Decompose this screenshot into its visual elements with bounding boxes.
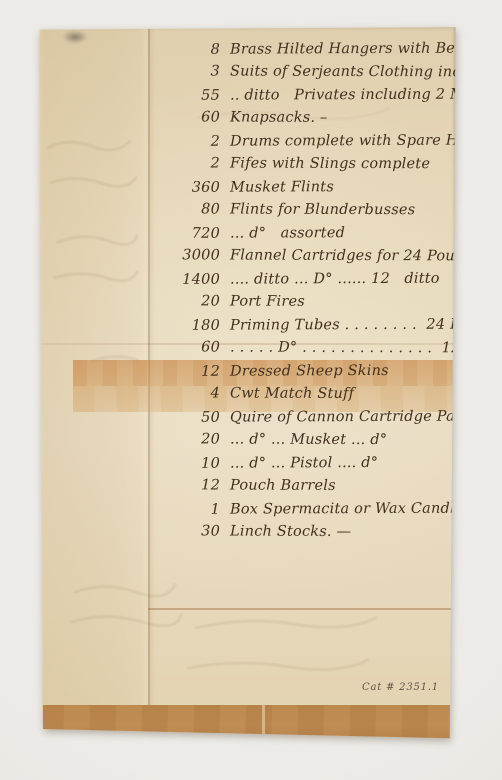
- ink-smudge-top-left: [58, 28, 92, 46]
- manuscript-line: 30Linch Stocks. —: [160, 523, 502, 547]
- manuscript-line: 80Flints for Blunderbusses: [160, 201, 502, 225]
- line-quantity: 1400: [160, 272, 230, 288]
- line-text: Priming Tubes . . . . . . . . 24 Pound: [230, 316, 497, 333]
- line-text: Knapsacks. –: [230, 110, 327, 126]
- line-text: ... d° ... Pistol .... d°: [230, 455, 378, 472]
- manuscript-line: 180Priming Tubes . . . . . . . . 24 Poun…: [160, 316, 502, 341]
- line-quantity: 20: [160, 293, 230, 309]
- manuscript-line: 20Port Fires: [160, 293, 502, 317]
- line-text: ... d° assorted: [230, 225, 345, 242]
- line-quantity: 2: [160, 155, 230, 171]
- line-text: Quire of Cannon Cartridge Paper: [230, 409, 480, 426]
- tape-stain-bottom: [38, 705, 456, 739]
- line-quantity: 8: [160, 42, 230, 58]
- line-text: Linch Stocks. —: [230, 524, 351, 540]
- manuscript-paper: 8Brass Hilted Hangers with Belts for Ser…: [38, 26, 456, 739]
- manuscript-line: 3Suits of Serjeants Clothing including B…: [160, 63, 502, 87]
- line-quantity: 2: [160, 134, 230, 150]
- manuscript-line: 55.. ditto Privates including 2 Musician…: [160, 86, 502, 111]
- manuscript-line: 8Brass Hilted Hangers with Belts for Ser…: [160, 40, 502, 65]
- manuscript-line: 3000Flannel Cartridges for 24 Pound: [160, 247, 502, 271]
- line-quantity: 80: [160, 201, 230, 217]
- horizontal-crease-lower: [148, 608, 456, 610]
- manuscript-line: 12Pouch Barrels: [160, 477, 502, 501]
- manuscript-line: 10... d° ... Pistol .... d°: [160, 454, 502, 479]
- line-text: Pouch Barrels: [230, 478, 336, 494]
- line-quantity: 4: [160, 385, 230, 401]
- line-quantity: 20: [160, 431, 230, 447]
- line-quantity: 60: [160, 109, 230, 125]
- line-text: Port Fires: [230, 294, 305, 310]
- line-text: .. ditto Privates including 2 Musicians: [230, 86, 502, 103]
- line-quantity: 720: [160, 226, 230, 242]
- manuscript-line: 12Dressed Sheep Skins: [160, 362, 502, 387]
- line-text: . . . . . D° . . . . . . . . . . . . . .…: [230, 340, 487, 357]
- manuscript-line: 2Drums complete with Spare Heads: [160, 132, 502, 157]
- line-text: Brass Hilted Hangers with Belts for Serj…: [230, 40, 502, 58]
- inventory-list: 8Brass Hilted Hangers with Belts for Ser…: [160, 41, 502, 547]
- line-text: Musket Flints: [230, 179, 334, 195]
- manuscript-line: 720... d° assorted: [160, 224, 502, 249]
- line-text: Drums complete with Spare Heads: [230, 132, 493, 149]
- manuscript-line: 4Cwt Match Stuff: [160, 385, 502, 409]
- line-text: .... ditto ... D° ...... 12 ditto: [230, 271, 440, 288]
- line-quantity: 30: [160, 523, 230, 539]
- line-text: Box Spermacita or Wax Candles: [230, 501, 471, 518]
- line-text: Flannel Cartridges for 24 Pound: [230, 248, 474, 265]
- manuscript-line: 2Fifes with Slings complete: [160, 155, 502, 179]
- manuscript-line: 60Knapsacks. –: [160, 109, 502, 133]
- paper-shadow-wrap: 8Brass Hilted Hangers with Belts for Ser…: [0, 0, 502, 780]
- manuscript-line: 20... d° ... Musket ... d°: [160, 431, 502, 455]
- line-text: Dressed Sheep Skins: [230, 363, 389, 380]
- line-text: Cwt Match Stuff: [230, 386, 354, 402]
- line-quantity: 12: [160, 364, 230, 380]
- photo-background: 8Brass Hilted Hangers with Belts for Ser…: [0, 0, 502, 780]
- manuscript-line: 50Quire of Cannon Cartridge Paper: [160, 408, 502, 433]
- line-quantity: 60: [160, 339, 230, 355]
- line-quantity: 10: [160, 456, 230, 472]
- line-quantity: 55: [160, 88, 230, 104]
- line-quantity: 1: [160, 502, 230, 518]
- manuscript-line: 360Musket Flints: [160, 178, 502, 203]
- line-quantity: 3: [160, 63, 230, 79]
- manuscript-line: 60. . . . . D° . . . . . . . . . . . . .…: [160, 339, 502, 363]
- manuscript-line: 1Box Spermacita or Wax Candles: [160, 500, 502, 525]
- line-quantity: 180: [160, 318, 230, 334]
- line-quantity: 3000: [160, 247, 230, 263]
- line-quantity: 50: [160, 410, 230, 426]
- line-text: Flints for Blunderbusses: [230, 202, 415, 219]
- line-quantity: 360: [160, 180, 230, 196]
- manuscript-line: 1400.... ditto ... D° ...... 12 ditto: [160, 270, 502, 295]
- line-quantity: 12: [160, 477, 230, 493]
- line-text: Fifes with Slings complete: [230, 156, 430, 173]
- bottom-band-scratch: [262, 705, 265, 739]
- catalog-number: Cat # 2351.1: [362, 682, 439, 693]
- line-text: ... d° ... Musket ... d°: [230, 432, 387, 449]
- line-text: Suits of Serjeants Clothing including Bl…: [230, 64, 502, 81]
